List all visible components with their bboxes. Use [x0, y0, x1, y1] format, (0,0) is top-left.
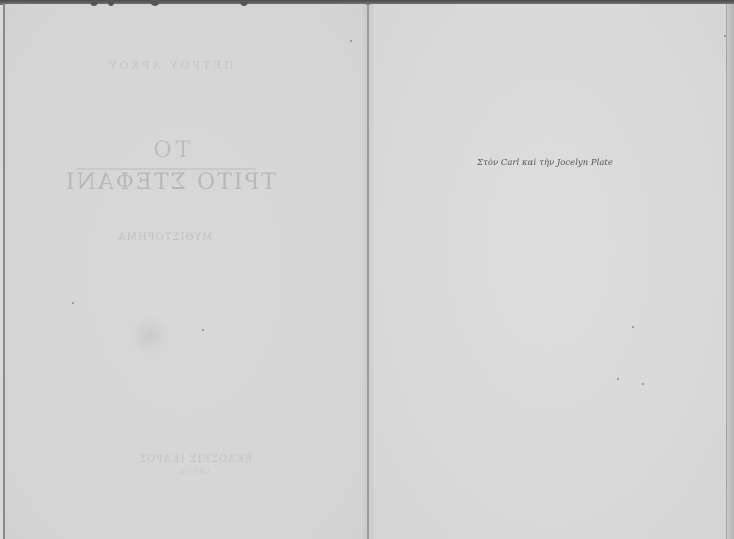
- dust-speck: [642, 383, 644, 385]
- dust-speck: [72, 302, 74, 304]
- dedication: Στὸν Carl καὶ τὴν Jocelyn Plate: [470, 158, 620, 168]
- dust-speck: [617, 378, 619, 380]
- left-page-edge: [3, 4, 5, 539]
- book-gutter: [367, 4, 369, 539]
- dust-speck: [724, 35, 726, 37]
- show-through-title-line-1: ΤΟ: [130, 138, 210, 163]
- show-through-title-line-2: ΤΡΙΤΟ ΣΤΕΦΑΝΙ: [66, 170, 276, 195]
- right-page-edge: [726, 4, 734, 539]
- show-through-publisher-city: ΑΘΗΝΑ: [110, 468, 280, 476]
- show-through-publisher: ΕΚΔΟΣΕΙΣ ΙΚΑΡΟΣ: [100, 454, 290, 465]
- dust-speck: [202, 329, 204, 331]
- show-through-subtitle: ΜΥΘΙΣΤΟΡΗΜΑ: [105, 232, 225, 243]
- right-page: [370, 4, 728, 539]
- show-through-emblem: [130, 315, 170, 355]
- dust-speck: [350, 40, 352, 42]
- book-scan: ΠΕΤΡΟΥ ΑΡΧΟΥ ΤΟ ΤΡΙΤΟ ΣΤΕΦΑΝΙ ΜΥΘΙΣΤΟΡΗΜ…: [0, 0, 734, 539]
- show-through-author: ΠΕΤΡΟΥ ΑΡΧΟΥ: [70, 59, 270, 72]
- dust-speck: [632, 326, 634, 328]
- paper-edge-notch: [108, 0, 114, 6]
